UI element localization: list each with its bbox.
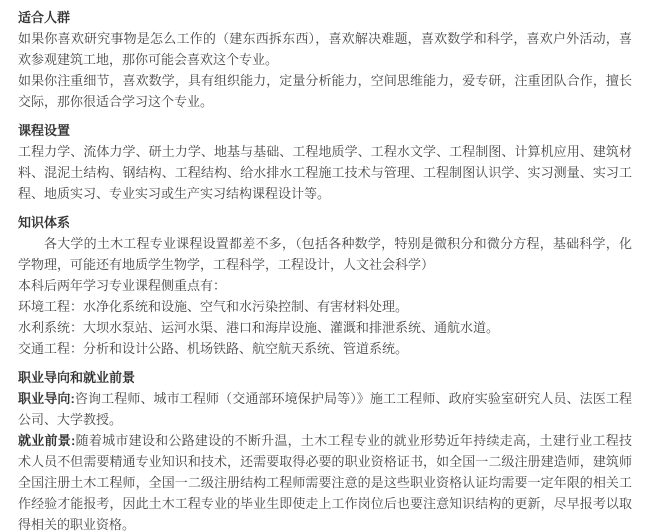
section-heading: 知识体系	[18, 212, 632, 233]
paragraph-text: 随着城市建设和公路建设的不断升温，土木工程专业的就业形势近年持续走高，土建行业工…	[18, 433, 632, 532]
paragraph: 工程力学、流体力学、研土力学、地基与基础、工程地质学、工程水文学、工程制图、计算…	[18, 141, 632, 204]
paragraph: 交通工程：分析和设计公路、机场铁路、航空航天系统、管道系统。	[18, 338, 632, 359]
paragraph: 水利系统：大坝水泵站、运河水渠、港口和海岸设施、灌溉和排泄系统、通航水道。	[18, 317, 632, 338]
section-curriculum: 课程设置 工程力学、流体力学、研土力学、地基与基础、工程地质学、工程水文学、工程…	[18, 120, 632, 204]
paragraph-text: 咨询工程师、城市工程师（交通部环境保护局等）》施工工程师、政府实验室研究人员、法…	[18, 391, 632, 427]
paragraph: 职业导向:咨询工程师、城市工程师（交通部环境保护局等）》施工工程师、政府实验室研…	[18, 388, 632, 430]
section-career-prospects: 职业导向和就业前景 职业导向:咨询工程师、城市工程师（交通部环境保护局等）》施工…	[18, 367, 632, 532]
paragraph-label: 职业导向:	[18, 391, 75, 406]
paragraph: 环境工程：水净化系统和设施、空气和水污染控制、有害材料处理。	[18, 296, 632, 317]
paragraph: 如果你注重细节，喜欢数学，具有组织能力，定量分析能力，空间思维能力，爱专研，注重…	[18, 70, 632, 112]
section-heading: 适合人群	[18, 7, 632, 28]
section-heading: 课程设置	[18, 120, 632, 141]
paragraph-label: 就业前景:	[18, 433, 75, 448]
major-intro-article: 适合人群 如果你喜欢研究事物是怎么工作的（建东西拆东西），喜欢解决难题，喜欢数学…	[0, 0, 650, 532]
paragraph: 各大学的土木工程专业课程设置都差不多，（包括各种数学，特别是微积分和微分方程，基…	[18, 233, 632, 275]
section-heading: 职业导向和就业前景	[18, 367, 632, 388]
paragraph: 本科后两年学习专业课程侧重点有：	[18, 275, 632, 296]
paragraph: 就业前景:随着城市建设和公路建设的不断升温，土木工程专业的就业形势近年持续走高，…	[18, 430, 632, 532]
section-knowledge-system: 知识体系 各大学的土木工程专业课程设置都差不多，（包括各种数学，特别是微积分和微…	[18, 212, 632, 359]
paragraph: 如果你喜欢研究事物是怎么工作的（建东西拆东西），喜欢解决难题，喜欢数学和科学，喜…	[18, 28, 632, 70]
section-suitable-people: 适合人群 如果你喜欢研究事物是怎么工作的（建东西拆东西），喜欢解决难题，喜欢数学…	[18, 7, 632, 112]
